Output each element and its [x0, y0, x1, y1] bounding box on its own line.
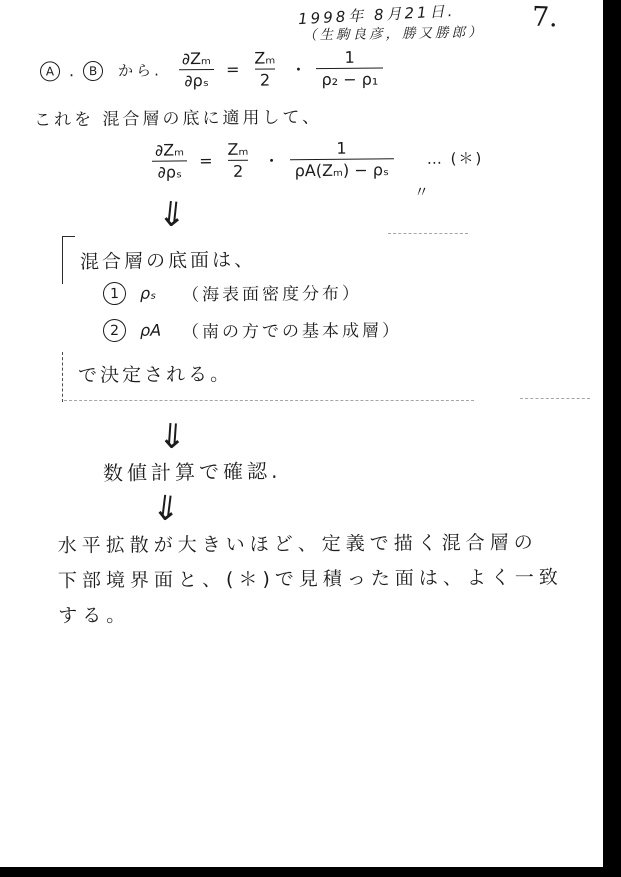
formula-general-derivative: A . B から. ∂Zₘ ∂ρₛ = Zₘ 2 ・ 1 ρ₂ − ρ₁ [40, 49, 383, 91]
double-down-arrow-icon: ⇓ [156, 197, 188, 234]
conclusion-line: する。 [58, 595, 614, 634]
scan-artifact-dash [64, 400, 474, 401]
fraction-numerator: ∂Zₘ [177, 50, 216, 69]
fraction-numerator: 1 [340, 49, 360, 68]
scan-artifact-dash [520, 398, 590, 399]
circled-a-reference: A [40, 61, 60, 81]
fraction-denominator: 2 [228, 159, 248, 180]
page-number: 7. [531, 2, 558, 34]
numerical-check-line: 数値計算で確認. [103, 455, 282, 486]
fraction-zm-over-2: Zₘ 2 [249, 49, 280, 88]
note-authors: （生駒良彦，勝又勝郎） [303, 20, 485, 43]
equals-sign: = [225, 60, 241, 79]
circled-number-1: 1 [103, 282, 126, 305]
mixed-layer-bottom-intro: 混合層の底面は、 [80, 245, 256, 274]
fraction-reciprocal-density-difference: 1 ρ₂ − ρ₁ [316, 49, 383, 89]
fraction-numerator: 1 [331, 140, 351, 159]
scan-edge-right [603, 0, 621, 877]
conclusion-paragraph: 水平拡散が大きいほど、定義で描く混合層の 下部境界面と、(＊)で見積った面は、よ… [58, 525, 615, 634]
multiplication-dot: ・ [289, 57, 307, 80]
determined-by-line: で決定される。 [78, 359, 232, 387]
list-item-rho-a: 2 ρA （南の方での基本成層） [103, 316, 402, 343]
ditto-mark: 〃 [414, 181, 429, 202]
equals-sign: = [198, 151, 214, 170]
fraction-denominator: ∂ρₛ [179, 69, 214, 90]
reference-separator: . [69, 61, 74, 80]
fraction-denominator: ρA(Zₘ) − ρₛ [290, 158, 394, 180]
circled-number-2: 2 [103, 319, 126, 342]
fraction-reciprocal-stratification: 1 ρA(Zₘ) − ρₛ [289, 139, 394, 179]
list-item-rho-s: 1 ρₛ （海表面密度分布） [103, 279, 362, 306]
fraction-denominator: ∂ρₛ [152, 160, 187, 181]
fraction-zm-over-2: Zₘ 2 [222, 141, 253, 181]
fraction-numerator: ∂Zₘ [150, 141, 189, 160]
bracket-vertical-line [62, 352, 63, 402]
fraction-denominator: 2 [255, 68, 275, 89]
double-down-arrow-icon: ⇓ [157, 419, 188, 455]
connector-kara: から. [112, 59, 168, 80]
fraction-dzm-drhos: ∂Zₘ ∂ρₛ [177, 50, 217, 90]
double-down-arrow-icon: ⇓ [150, 490, 182, 527]
scan-artifact-dash [388, 233, 468, 234]
fraction-numerator: Zₘ [222, 141, 253, 160]
fraction-denominator: ρ₂ − ρ₁ [316, 67, 383, 88]
equation-star-label: … (＊) [403, 147, 484, 169]
apply-to-mixed-layer-line: これを 混合層の底に適用して、 [34, 102, 322, 130]
conclusion-line: 下部境界面と、(＊)で見積った面は、よく一致 [58, 560, 614, 599]
scanned-handwritten-note-page: 1998年 8月21日. （生駒良彦，勝又勝郎） 7. A . B から. ∂Z… [0, 0, 621, 877]
item-description: （南の方での基本成層） [182, 316, 402, 343]
symbol-rho-s: ρₛ [140, 284, 168, 303]
scan-edge-bottom [0, 867, 621, 877]
formula-starred-mixed-layer: ∂Zₘ ∂ρₛ = Zₘ 2 ・ 1 ρA(Zₘ) − ρₛ … (＊) [150, 138, 484, 181]
conclusion-line: 水平拡散が大きいほど、定義で描く混合層の [58, 525, 614, 564]
fraction-dzm-drhos: ∂Zₘ ∂ρₛ [150, 141, 190, 181]
opening-corner-bracket [62, 236, 75, 284]
fraction-numerator: Zₘ [249, 49, 280, 68]
item-description: （海表面密度分布） [182, 279, 362, 306]
circled-b-reference: B [83, 61, 103, 81]
multiplication-dot: ・ [262, 148, 280, 171]
symbol-rho-a: ρA [140, 321, 168, 340]
